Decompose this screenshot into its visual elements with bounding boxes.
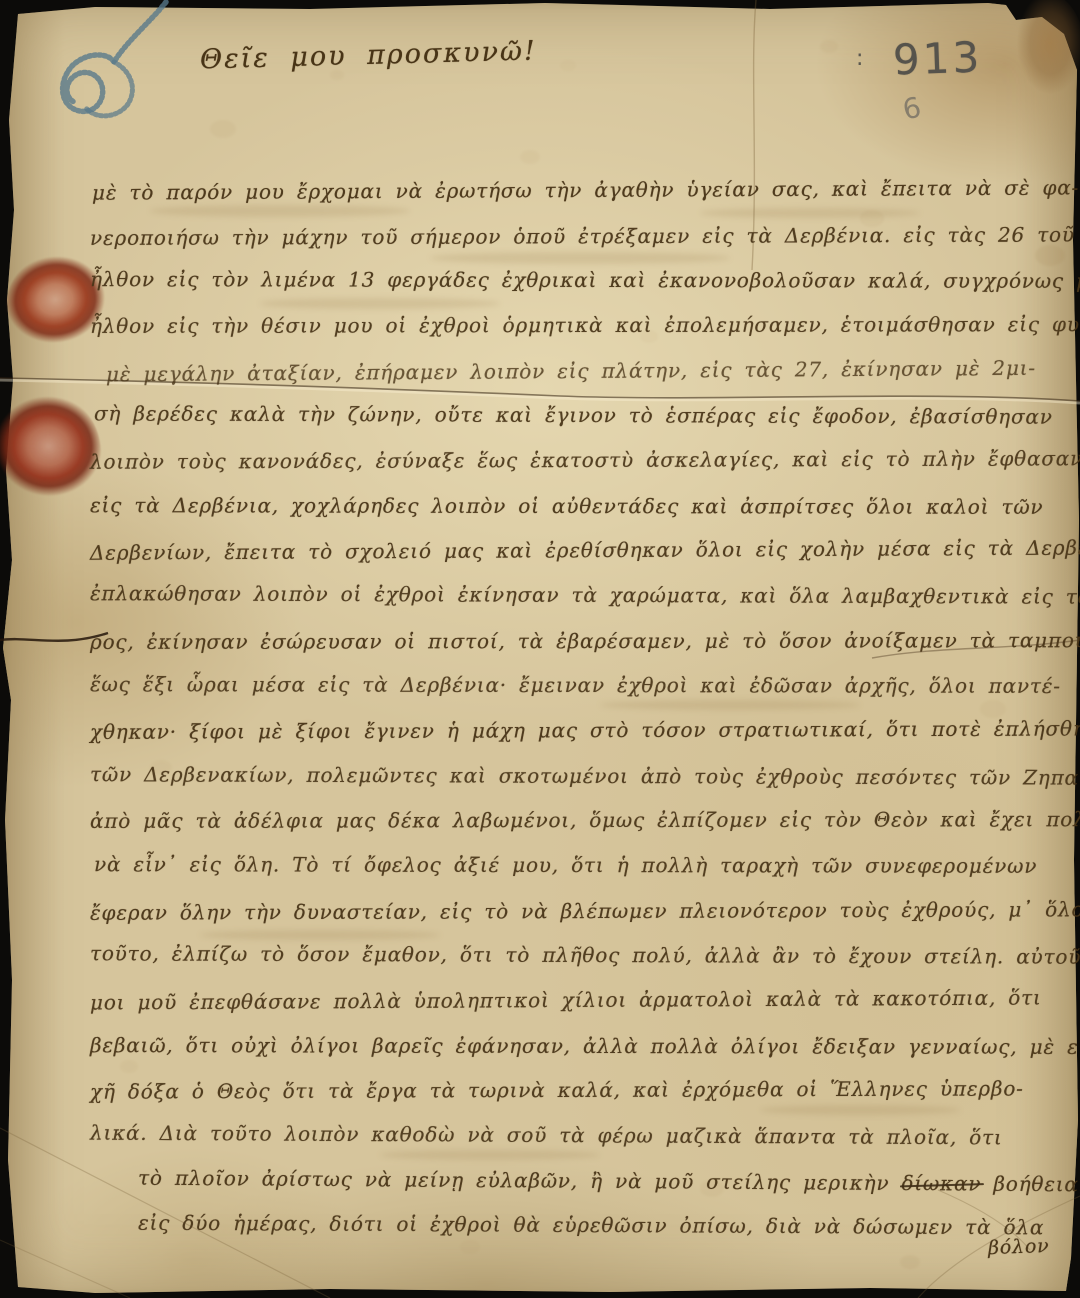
foxing-spot bbox=[820, 40, 838, 53]
handwriting-line: ἦλθον εἰς τὸν λιμένα 13 φεργάδες ἐχθρικα… bbox=[90, 267, 1080, 293]
handwriting-line: μὲ μεγάλην ἀταξίαν, ἐπήραμεν λοιπὸν εἰς … bbox=[106, 356, 1036, 386]
line-text: τὸ πλοῖον ἀρίστως νὰ μείνῃ εὐλαβῶν, ἢ νὰ… bbox=[138, 1166, 902, 1195]
handwriting-line: ἦλθον εἰς τὴν θέσιν μου οἱ ἐχθροὶ ὁρμητι… bbox=[90, 312, 1080, 338]
handwriting-line: εἰς τὰ Δερβένια, χοχλάρηδες λοιπὸν οἱ αὐ… bbox=[90, 493, 1043, 519]
handwriting-line: ἀπὸ μᾶς τὰ ἀδέλφια μας δέκα λαβωμένοι, ὅ… bbox=[90, 807, 1080, 833]
archive-number-pencil: 913 bbox=[892, 32, 983, 84]
pencil-colon-mark: : bbox=[856, 46, 863, 71]
handwriting-line: σὴ βερέδες καλὰ τὴν ζώνην, οὔτε καὶ ἔγιν… bbox=[94, 401, 1053, 428]
handwriting-line: Δερβενίων, ἔπειτα τὸ σχολειό μας καὶ ἐρε… bbox=[90, 535, 1080, 564]
handwriting-line: ἔφεραν ὅλην τὴν δυναστείαν, εἰς τὸ νὰ βλ… bbox=[90, 897, 1080, 925]
handwriting-line: τοῦτο, ἐλπίζω τὸ ὅσον ἔμαθον, ὅτι τὸ πλῆ… bbox=[90, 941, 1080, 968]
handwriting-line: μοι μοῦ ἐπεφθάσανε πολλὰ ὑποληπτικοὶ χίλ… bbox=[90, 986, 1042, 1015]
scan-background: : 913 6 Θεῖε μου προσκυνῶ! μὲ τὸ παρόν μ… bbox=[0, 0, 1080, 1298]
foxing-spot bbox=[210, 120, 236, 138]
handwriting-line: τὸ πλοῖον ἀρίστως νὰ μείνῃ εὐλαβῶν, ἢ νὰ… bbox=[138, 1166, 1080, 1197]
corner-stain bbox=[1000, 0, 1080, 120]
handwriting-line: ρος, ἐκίνησαν ἐσώρευσαν οἱ πιστοί, τὰ ἐβ… bbox=[90, 628, 1080, 654]
struck-word: δίωκαν bbox=[901, 1171, 981, 1196]
handwriting-line: λικά. Διὰ τοῦτο λοιπὸν καθοδὼ νὰ σοῦ τὰ … bbox=[90, 1121, 1003, 1150]
handwriting-line: χθηκαν· ξίφοι μὲ ξίφοι ἔγινεν ἡ μάχη μας… bbox=[90, 716, 1080, 744]
handwriting-line: βεβαιῶ, ὅτι οὐχὶ ὀλίγοι βαρεῖς ἐφάνησαν,… bbox=[90, 1033, 1080, 1059]
catchword: βόλον bbox=[988, 1235, 1050, 1259]
line-text: βοήθειαν bbox=[981, 1172, 1080, 1197]
handwriting-line: εἰς δύο ἡμέρας, διότι οἱ ἐχθροὶ θὰ εὑρεθ… bbox=[138, 1211, 1044, 1240]
handwriting-line: λοιπὸν τοὺς κανονάδες, ἐσύναξε ἕως ἑκατο… bbox=[90, 446, 1080, 473]
foxing-spot bbox=[520, 150, 540, 164]
handwriting-line: τῶν Δερβενακίων, πολεμῶντες καὶ σκοτωμέν… bbox=[90, 762, 1080, 790]
handwriting-line: ἐπλακώθησαν λοιπὸν οἱ ἐχθροὶ ἐκίνησαν τὰ… bbox=[90, 581, 1080, 609]
handwriting-line: μὲ τὸ παρόν μου ἔρχομαι νὰ ἐρωτήσω τὴν ἀ… bbox=[92, 175, 1079, 204]
handwriting-line: ἕως ἕξι ὧραι μέσα εἰς τὰ Δερβένια· ἔμειν… bbox=[90, 672, 1061, 698]
letter-body: μὲ τὸ παρόν μου ἔρχομαι νὰ ἐρωτήσω τὴν ἀ… bbox=[90, 178, 1068, 1268]
handwriting-line: νὰ εἶν᾽ εἰς ὅλη. Τὸ τί ὄφελος ἀξιέ μου, … bbox=[94, 852, 1037, 878]
handwriting-line: χῆ δόξα ὁ Θεὸς ὅτι τὰ ἔργα τὰ τωρινὰ καλ… bbox=[90, 1076, 1024, 1103]
handwriting-line: νεροποιήσω τὴν μάχην τοῦ σήμερον ὁποῦ ἐτ… bbox=[90, 222, 1080, 250]
